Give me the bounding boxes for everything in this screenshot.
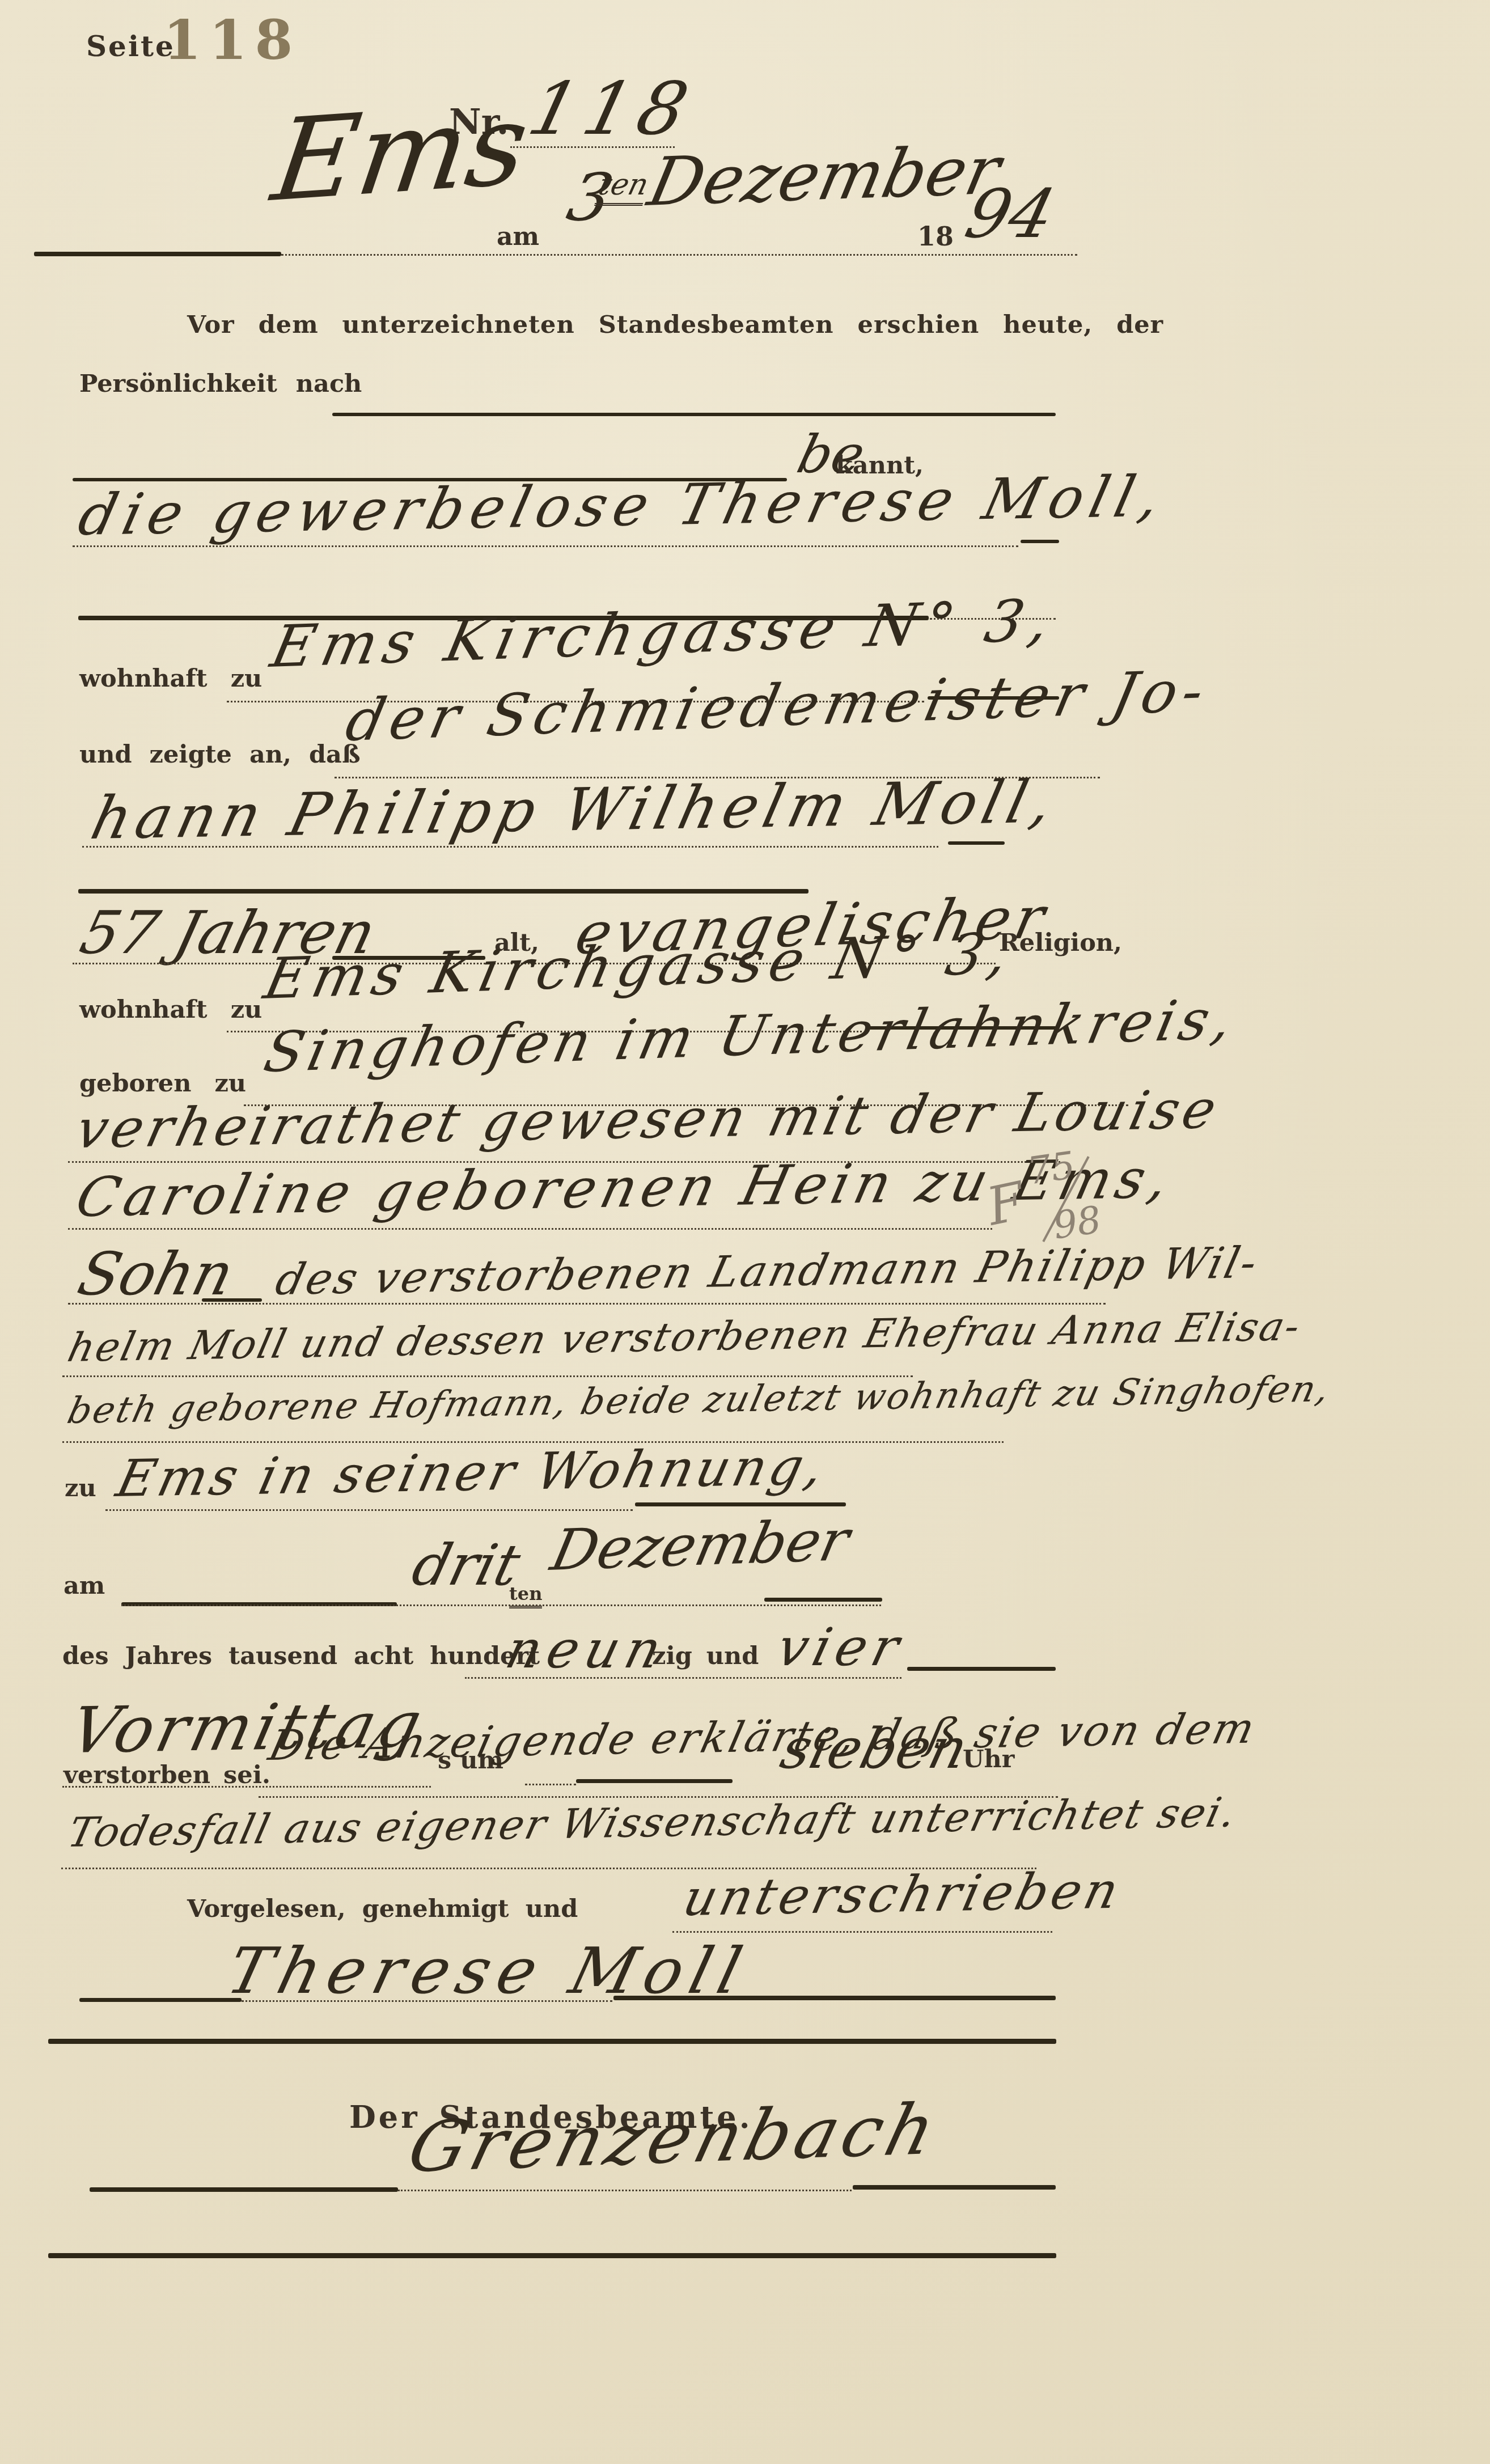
declarant-residence-label: wohnhaft zu <box>79 664 262 693</box>
declarant-name-line: die gewerbelose Therese Moll, <box>73 463 1173 548</box>
record-day-suffix-handwritten: ten <box>594 168 652 206</box>
signature2-rule-left <box>90 2187 398 2192</box>
report-line2-dash <box>948 841 1005 845</box>
death-month-handwritten: Dezember <box>545 1507 855 1584</box>
parents-line2-baseline <box>62 1375 913 1377</box>
record-year-century-printed: 18 <box>917 221 954 252</box>
death-hour-rule <box>576 1779 733 1783</box>
signature2-rule-right <box>853 2185 1056 2190</box>
declarant-baseline <box>73 545 1018 547</box>
signature2-baseline <box>398 2190 852 2191</box>
page-side-label: Seite <box>86 29 175 63</box>
parents-line1-baseline <box>68 1303 1106 1305</box>
record-nr-value: 118 <box>520 67 704 151</box>
record-place-handwritten: Ems <box>265 78 536 227</box>
death-year-rule <box>907 1667 1056 1671</box>
death-place-rule <box>635 1502 846 1506</box>
declarant-trailing-dash <box>1021 540 1059 543</box>
death-year-infix-printed: zig und <box>652 1642 759 1670</box>
intro-identity-label: Persönlichkeit nach <box>79 370 362 398</box>
deceased-born-label: geboren zu <box>79 1069 246 1098</box>
parents-line2: helm Moll und dessen verstorbenen Ehefra… <box>64 1303 1306 1371</box>
marriage-line2-baseline <box>68 1228 992 1230</box>
signature1-baseline <box>242 2000 612 2002</box>
death-year-baseline <box>465 1677 901 1679</box>
intro-appeared-line: Vor dem unterzeichneten Standesbeamten e… <box>187 311 1163 339</box>
signature1-rule-right <box>613 1996 1056 2000</box>
blank-line-rule-2 <box>78 889 809 894</box>
death-place-handwritten: Ems in seiner Wohnung, <box>111 1437 832 1509</box>
son-dash <box>202 1298 262 1302</box>
report-line2-baseline <box>82 846 938 848</box>
deceased-residence-label: wohnhaft zu <box>79 996 262 1024</box>
death-year-ones-handwritten: vier <box>771 1617 911 1678</box>
death-date-baseline <box>121 1604 881 1606</box>
report-deceased-line2: hann Philipp Wilhelm Moll, <box>85 767 1065 853</box>
record-am-label: am <box>497 222 539 251</box>
death-place-label: zu <box>65 1474 96 1502</box>
record-month-handwritten: Dezember <box>642 131 1008 221</box>
page-number-stamp: 118 <box>163 8 300 72</box>
date-rule-dotted <box>281 254 1077 256</box>
death-year-tens-handwritten: neun <box>500 1619 674 1680</box>
full-rule-lower <box>48 2253 1056 2258</box>
parents-line1: des verstorbenen Landmann Philipp Wil- <box>271 1237 1264 1305</box>
death-died-label: verstorben sei. <box>64 1761 270 1789</box>
death-year-label: des Jahres tausend acht hundert <box>62 1642 540 1670</box>
closing-signed-baseline <box>672 1931 1052 1933</box>
report-label: und zeigte an, daß <box>79 740 361 769</box>
death-date-rule2 <box>764 1598 882 1602</box>
signature1-rule-left <box>79 1998 242 2002</box>
identity-rule <box>332 413 1056 416</box>
death-place-baseline <box>105 1509 633 1511</box>
death-hour-dotted <box>525 1784 576 1785</box>
full-rule-upper <box>48 2039 1056 2044</box>
death-record-scan: { "page": { "side_label": "Seite", "side… <box>0 0 1490 2464</box>
declaration-line2: Todesfall aus eigener Wissenschaft unter… <box>64 1788 1242 1856</box>
death-date-label: am <box>64 1572 105 1600</box>
record-nr-underline <box>510 146 675 148</box>
closing-read-label: Vorgelesen, genehmigt und <box>187 1895 578 1923</box>
closing-signed-handwritten: unterschrieben <box>678 1861 1127 1927</box>
pencil-numerator: 75 <box>1025 1144 1078 1193</box>
date-rule-solid <box>34 252 281 256</box>
parents-line3: beth geborene Hofmann, beide zuletzt woh… <box>64 1368 1335 1432</box>
